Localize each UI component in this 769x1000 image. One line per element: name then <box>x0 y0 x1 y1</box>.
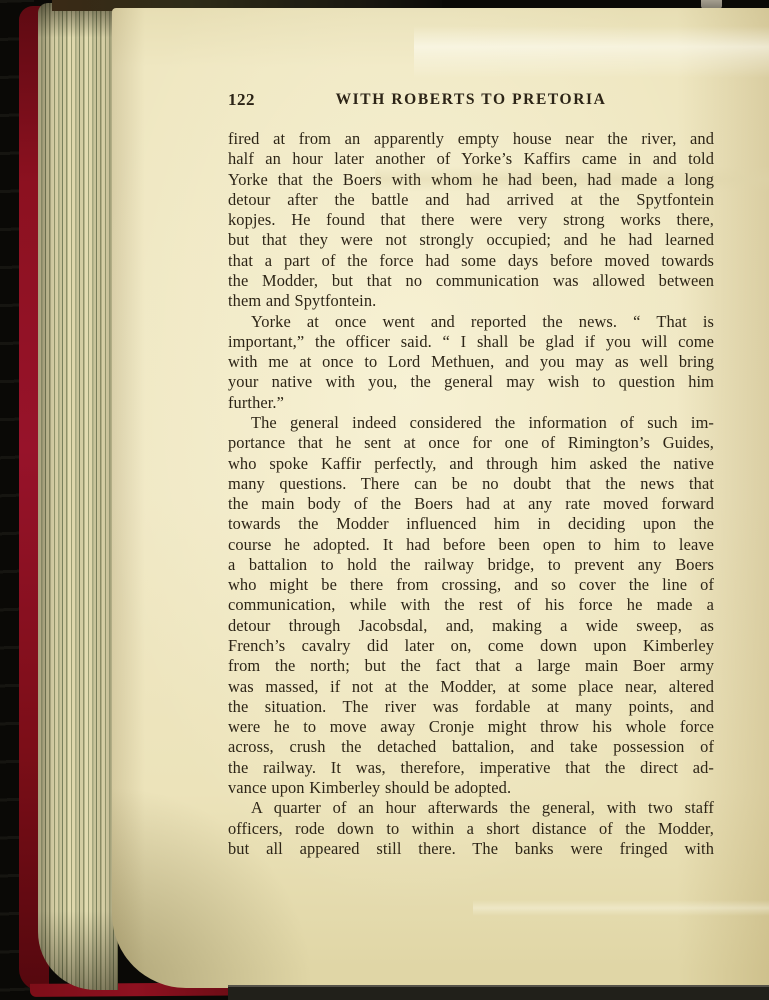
text-line: A quarter of an hour afterwards the gene… <box>228 798 714 818</box>
text-line: towards the Modder influenced him in dec… <box>228 514 714 534</box>
text-line: half an hour later another of Yorke’s Ka… <box>228 149 714 169</box>
text-line: officers, rode down to within a short di… <box>228 819 714 839</box>
text-line: detour after the battle and had arrived … <box>228 190 714 210</box>
text-line: was massed, if not at the Modder, at som… <box>228 677 714 697</box>
text-line: but that they were not strongly occupied… <box>228 230 714 250</box>
text-line: but all appeared still there. The banks … <box>228 839 714 859</box>
text-line: the main body of the Boers had at any ra… <box>228 494 714 514</box>
page-header: 122 WITH ROBERTS TO PRETORIA <box>228 90 714 112</box>
text-line: from the north; but the fact that a larg… <box>228 656 714 676</box>
text-line: your native with you, the general may wi… <box>228 372 714 392</box>
text-line: who might be there from crossing, and so… <box>228 575 714 595</box>
text-line: them and Spytfontein. <box>228 291 714 311</box>
text-line: The general indeed considered the inform… <box>228 413 714 433</box>
text-line: communication, while with the rest of hi… <box>228 595 714 615</box>
text-line: kopjes. He found that there were very st… <box>228 210 714 230</box>
scanned-book-photo: { "page": { "number": "122", "running_he… <box>0 0 769 1000</box>
text-line: were he to move away Cronje might throw … <box>228 717 714 737</box>
scan-light-streak <box>414 26 769 78</box>
text-line: important,” the officer said. “ I shall … <box>228 332 714 352</box>
text-line: many questions. There can be no doubt th… <box>228 474 714 494</box>
text-line: Yorke that the Boers with whom he had be… <box>228 170 714 190</box>
text-line: course he adopted. It had before been op… <box>228 535 714 555</box>
text-line: further.” <box>228 393 714 413</box>
text-line: with me at once to Lord Methuen, and you… <box>228 352 714 372</box>
text-line: fired at from an apparently empty house … <box>228 129 714 149</box>
text-line: French’s cavalry did later on, come down… <box>228 636 714 656</box>
page-fore-edges <box>38 3 118 990</box>
text-line: detour through Jacobsdal, and, making a … <box>228 616 714 636</box>
text-line: who spoke Kaffir perfectly, and through … <box>228 454 714 474</box>
text-line: the railway. It was, therefore, imperati… <box>228 758 714 778</box>
text-line: vance upon Kimberley should be adopted. <box>228 778 714 798</box>
text-line: a battalion to hold the railway bridge, … <box>228 555 714 575</box>
text-line: the Modder, but that no communication wa… <box>228 271 714 291</box>
text-line: that a part of the force had some days b… <box>228 251 714 271</box>
text-line: across, crush the detached battalion, an… <box>228 737 714 757</box>
page-number: 122 <box>228 90 255 110</box>
body-text: fired at from an apparently empty house … <box>228 129 714 859</box>
text-line: the situation. The river was fordable at… <box>228 697 714 717</box>
running-header: WITH ROBERTS TO PRETORIA <box>228 90 714 109</box>
text-line: Yorke at once went and reported the news… <box>228 312 714 332</box>
book-board-edge <box>228 985 769 1000</box>
scan-light-streak <box>473 900 769 916</box>
text-line: portance that he sent at once for one of… <box>228 433 714 453</box>
